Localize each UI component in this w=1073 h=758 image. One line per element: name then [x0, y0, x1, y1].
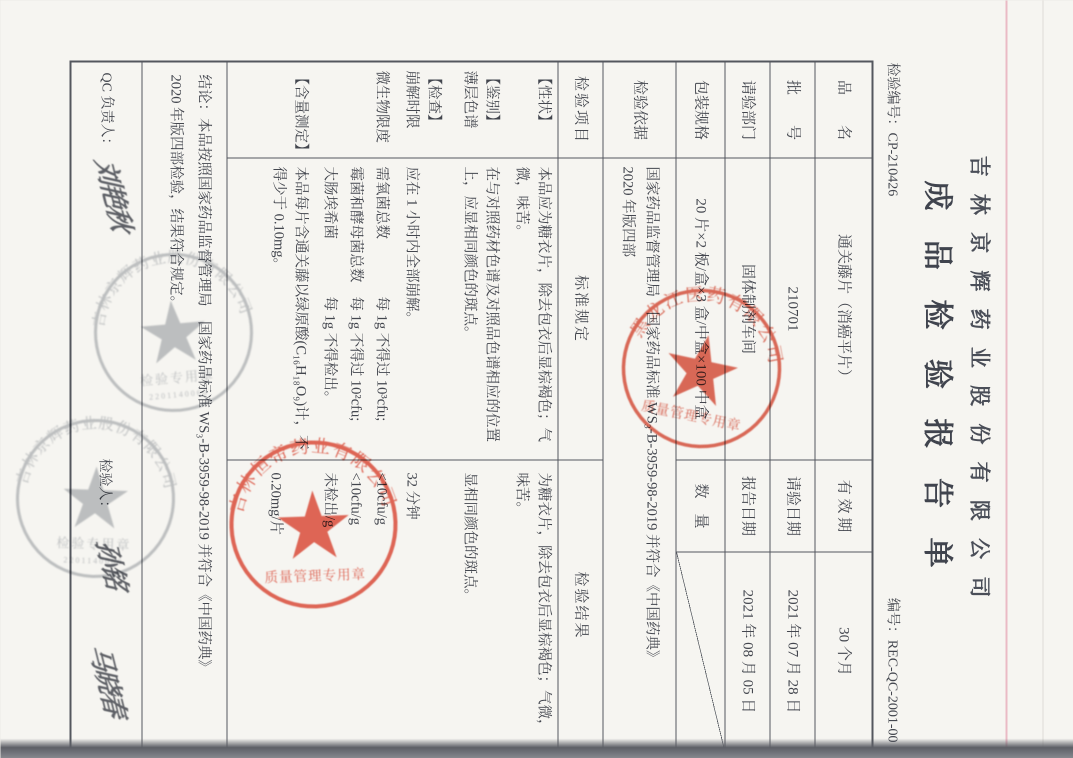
- result-row-appearance: 【性状】 本品应为糖衣片，除去包衣后显棕褐色；气微，味苦。 为糖衣片，除去包衣后…: [505, 62, 557, 750]
- result-row-aerobic: 微生物限度 需氧菌总数 每 1g 不得过 10³cfu; <10cfu/g: [369, 62, 395, 750]
- item-mold-spacer: [343, 62, 369, 157]
- product-value: 通关藤片（消癌平片）: [815, 157, 871, 459]
- item-assay: 【含量测定】: [227, 62, 317, 157]
- column-header-result: 检验结果: [558, 459, 602, 750]
- item-identification: 【鉴别】 薄层色谱: [447, 62, 505, 157]
- item-microbial: 微生物限度: [369, 62, 395, 157]
- item-ecoli-spacer: [317, 62, 343, 157]
- item-assay-label: 【含量测定】: [289, 70, 311, 153]
- inspector-signature-2: 马晓春: [81, 645, 137, 715]
- basis-label: 检验依据: [603, 62, 675, 157]
- form-number: 编号：REC-QC-2001-00: [883, 597, 903, 742]
- red-seal-jilin-hengdi: 吉林恒帝药业有限公司 质量管理专用章: [210, 421, 417, 628]
- report-title: 成 品 检 验 报 告 单: [918, 0, 962, 758]
- standard-ecoli: 大肠埃希菌 每 1g 不得检出。: [317, 157, 343, 459]
- result-appearance: 为糖衣片，除去包衣后显棕褐色；气微，味苦。: [505, 459, 557, 750]
- mold-name: 霉菌和酵母菌总数: [344, 166, 366, 296]
- item-check-label: 【检查】: [422, 70, 444, 128]
- item-appearance-label: 【性状】: [532, 70, 554, 128]
- red-seal-heilongjiang: 黑龙江医药有限公司 质量管理专用章: [582, 249, 819, 486]
- seal-type-text: 质量管理专用章: [264, 565, 366, 585]
- standard-aerobic: 需氧菌总数 每 1g 不得过 10³cfu;: [369, 157, 395, 459]
- request-date-value: 2021 年 07 月 28 日: [770, 551, 814, 750]
- screenshot-root: { "header": { "company": "吉 林 京 辉 药 业 股 …: [0, 0, 1073, 758]
- company-title: 吉 林 京 辉 药 业 股 份 有 限 公 司: [965, 0, 995, 758]
- batch-label: 批 号: [770, 62, 814, 157]
- basis-line2: 2020 年版四部: [615, 166, 639, 257]
- department-label: 请验部门: [725, 62, 769, 157]
- header-meta-row: 检验编号：CP-210426 编号：REC-QC-2001-00: [883, 62, 903, 752]
- star-icon: [276, 489, 349, 559]
- product-label: 品 名: [815, 62, 871, 157]
- result-identification: 显相同颜色的斑点。: [447, 459, 505, 750]
- item-identification-label: 【鉴别】: [480, 70, 502, 128]
- result-row-identification: 【鉴别】 薄层色谱 在与对照药材色谱及对照品色谱相应的位置上，应显相同颜色的斑点…: [447, 62, 505, 750]
- scan-edge-shadow: [0, 738, 1073, 758]
- scanned-report-page: 吉 林 京 辉 药 业 股 份 有 限 公 司 成 品 检 验 报 告 单 检验…: [0, 0, 1073, 758]
- package-spec-label: 包装规格: [676, 62, 724, 157]
- result-row-mold: 霉菌和酵母菌总数 每 1g 不得过 10²cfu; <10cfu/g: [343, 62, 369, 750]
- report-date-value: 2021 年 08 月 05 日: [725, 551, 769, 750]
- standard-disintegration: 应在 1 小时内全部崩解。: [395, 157, 447, 459]
- item-identification-sublabel: 薄层色谱: [458, 70, 480, 128]
- seal-type-text: 质量管理专用章: [640, 397, 743, 434]
- form-number-label: 编号：: [884, 597, 899, 639]
- column-header-item: 检验项目: [558, 62, 602, 157]
- inspection-number: 检验编号：CP-210426: [883, 62, 903, 196]
- star-icon: [62, 465, 129, 529]
- seal-type-text: 检验专用章: [56, 535, 131, 553]
- scan-artifact-line-faint: [1042, 0, 1043, 758]
- result-row-ecoli: 大肠埃希菌 每 1g 不得检出。 未检出/g: [317, 62, 343, 750]
- grey-inspection-seal-2: 吉林京辉药业股份有限公司 检验专用章 2201140060: [0, 395, 198, 602]
- quantity-value-empty: [676, 551, 724, 750]
- table-row-product: 品 名 通关藤片（消癌平片） 有 效 期 30 个月: [815, 62, 871, 750]
- inspection-number-label: 检验编号：: [884, 62, 899, 132]
- seal-type-text: 检验专用章: [139, 367, 215, 388]
- ecoli-line: 大肠埃希菌 每 1g 不得检出。: [318, 166, 340, 453]
- qc-manager-label: QC 负责人：: [97, 72, 117, 151]
- item-check: 【检查】 崩解时限: [395, 62, 447, 157]
- qc-manager-signature: 刘艳秋: [87, 159, 143, 229]
- seal-code-text: 2201140060: [63, 555, 123, 566]
- svg-text:黑龙江医药有限公司: 黑龙江医药有限公司: [624, 269, 798, 370]
- seal-company-arc: 黑龙江医药有限公司: [624, 269, 798, 370]
- star-icon: [138, 297, 207, 364]
- standard-appearance: 本品应为糖衣片，除去包衣后显棕褐色；气微，味苦。: [505, 157, 557, 459]
- scan-artifact-line-pink: [1005, 0, 1007, 758]
- item-appearance: 【性状】: [505, 62, 557, 157]
- result-row-disintegration: 【检查】 崩解时限 应在 1 小时内全部崩解。 32 分钟: [395, 62, 447, 750]
- star-icon: [659, 327, 743, 408]
- standard-identification: 在与对照药材色谱及对照品色谱相应的位置上，应显相同颜色的斑点。: [447, 157, 505, 459]
- inspection-number-value: CP-210426: [884, 132, 899, 196]
- form-number-value: REC-QC-2001-00: [884, 639, 899, 742]
- item-disintegration-label: 崩解时限: [400, 70, 422, 128]
- validity-value: 30 个月: [815, 551, 871, 750]
- aerobic-name: 需氧菌总数: [370, 166, 392, 296]
- standard-mold: 霉菌和酵母菌总数 每 1g 不得过 10²cfu;: [343, 157, 369, 459]
- aerobic-line: 需氧菌总数 每 1g 不得过 10³cfu;: [370, 166, 392, 453]
- seal-code-text: 2201140060: [148, 387, 208, 401]
- validity-label: 有 效 期: [815, 459, 871, 551]
- mold-line: 霉菌和酵母菌总数 每 1g 不得过 10²cfu;: [344, 166, 366, 453]
- ecoli-name: 大肠埃希菌: [318, 166, 340, 296]
- item-microbial-label: 微生物限度: [370, 70, 392, 143]
